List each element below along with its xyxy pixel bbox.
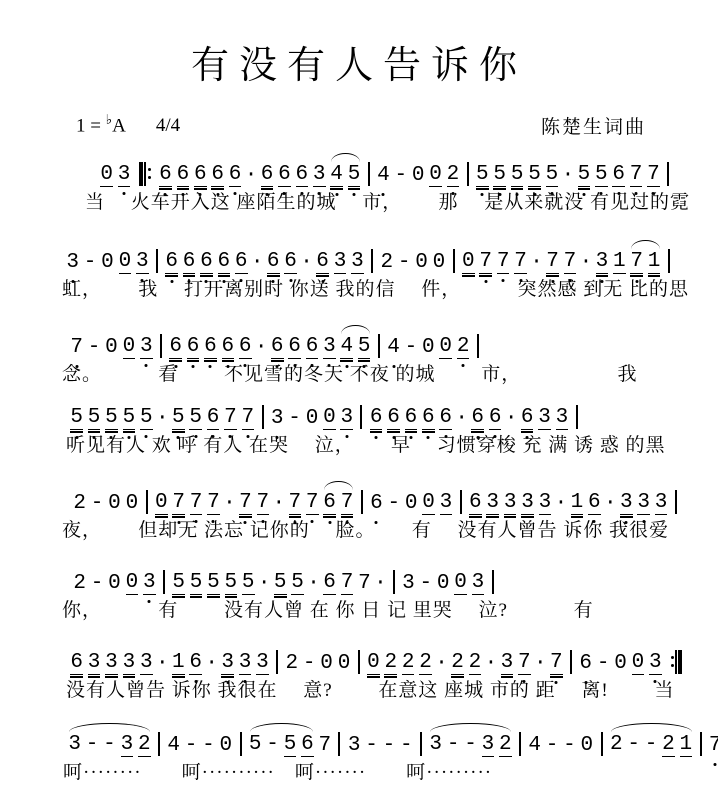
barline (146, 488, 148, 515)
note: 0 (119, 250, 132, 274)
notation-row: 7-00366666·6663454-002 (68, 332, 638, 359)
augmentation-dot: · (205, 652, 218, 675)
slur-tie: 67 (321, 491, 356, 515)
note: 5 (578, 163, 591, 187)
note: 7 (647, 163, 660, 187)
augmentation-dot: · (245, 164, 258, 187)
note: 3 (440, 491, 453, 515)
lyrics-row: 你， 有 没有人曾 在 你 日 记 里哭 泣? 有 (62, 600, 594, 621)
barline (262, 403, 264, 430)
note: 3 (239, 651, 252, 675)
note: 6 (306, 335, 319, 359)
barline (576, 403, 578, 430)
note: 2 (380, 251, 393, 274)
note: 6 (296, 163, 309, 187)
dash-extension: - (91, 572, 104, 595)
note: 6 (70, 651, 83, 675)
note: 2 (499, 733, 512, 757)
augmentation-dot: · (156, 407, 169, 430)
note: 3 (88, 651, 101, 675)
system-7: 63333·16·3332-000222·22·37·76-003没有人曾告 诉… (68, 648, 688, 702)
note: 6 (288, 335, 301, 359)
barline (276, 648, 278, 675)
note: 6 (405, 406, 418, 430)
dash-extension: - (464, 733, 477, 757)
sheet-music-page: 有没有人告诉你 1 = ♭A4/4 陈楚生词曲 0366666·6663454-… (0, 0, 718, 802)
note: 2 (286, 652, 299, 675)
dash-extension: - (365, 734, 378, 757)
note: 7 (341, 571, 354, 595)
note: 3 (486, 491, 499, 515)
note: 3 (429, 733, 442, 757)
note: 0 (433, 251, 446, 274)
note: 5 (225, 571, 238, 595)
note: 3 (556, 406, 569, 430)
note: 2 (419, 651, 432, 675)
barline (570, 648, 572, 675)
note: 0 (415, 251, 428, 274)
barline (338, 730, 340, 757)
note: 6 (218, 250, 231, 274)
notation-row: 3-00366666·66·6332-000777·77·3171 (64, 247, 689, 274)
note: 0 (614, 652, 627, 675)
note: 7 (564, 250, 577, 274)
dash-extension: - (419, 572, 432, 595)
dash-extension: - (627, 733, 640, 757)
note: 7 (341, 491, 354, 515)
lyrics-row: 听见有人 欢 呼 有人 在哭 泣， 早 习惯穿梭 充 满 诱 惑 的黑 (66, 435, 666, 456)
note: 5 (358, 335, 371, 359)
note: 6 (387, 406, 400, 430)
slur-tie: 71 (628, 250, 663, 274)
barline (371, 247, 373, 274)
note: 2 (662, 733, 675, 757)
notation-row: 63333·16·3332-000222·22·37·76-003 (68, 648, 688, 675)
note: 3 (68, 733, 81, 757)
barline (477, 332, 479, 359)
system-2: 3-00366666·66·6332-000777·77·3171虹， 我 打开… (64, 247, 689, 301)
note: 7 (190, 491, 203, 515)
key-note: A (112, 115, 126, 136)
note: 5 (546, 163, 559, 187)
key-time-signature: 1 = ♭A4/4 (76, 112, 180, 139)
barline (675, 488, 677, 515)
note: 0 (220, 734, 233, 757)
note: 1 (613, 250, 626, 274)
system-6: 2-00355555·55·677·3-003你， 有 没有人曾 在 你 日 记… (71, 568, 594, 622)
note: 5 (140, 406, 153, 430)
dash-extension: - (84, 251, 97, 274)
note: 2 (138, 733, 151, 757)
note: 0 (155, 491, 168, 515)
barline (156, 247, 158, 274)
note: 7 (289, 491, 302, 515)
note: 2 (469, 651, 482, 675)
barline (700, 730, 702, 757)
barline (601, 730, 603, 757)
note: 3 (655, 491, 668, 515)
barline (361, 488, 363, 515)
note: 6 (323, 491, 336, 515)
note: 6 (469, 491, 482, 515)
note: 4 (340, 335, 353, 359)
note: 7 (518, 651, 531, 675)
note: 5 (172, 571, 185, 595)
note: 6 (204, 335, 217, 359)
note: 2 (610, 733, 623, 757)
augmentation-dot: · (255, 336, 268, 359)
note: 3 (539, 491, 552, 515)
note: 3 (501, 651, 514, 675)
note: 6 (316, 250, 329, 274)
note: 0 (108, 572, 121, 595)
system-5: 2-000777·77·77676-00363333·16·333夜， 但却无 … (71, 488, 682, 542)
note: 3 (482, 733, 495, 757)
dash-extension: - (394, 164, 407, 187)
note: 7 (70, 336, 83, 359)
note: 0 (454, 571, 467, 595)
note: 0 (422, 491, 435, 515)
note: 6 (267, 250, 280, 274)
note: 5 (249, 733, 262, 757)
note: 6 (301, 733, 314, 757)
note: 6 (323, 571, 336, 595)
dash-extension: - (103, 733, 116, 757)
barline (667, 160, 669, 187)
note: 0 (306, 407, 319, 430)
note: 7 (546, 250, 559, 274)
note: 3 (637, 491, 650, 515)
note: 3 (136, 250, 149, 274)
note: 5 (274, 571, 287, 595)
note: 3 (271, 407, 284, 430)
note: 5 (123, 406, 136, 430)
augmentation-dot: · (251, 251, 264, 274)
slur-tie: 45 (328, 163, 363, 187)
lyrics-row: 呵········ 呵·········· 呵······· 呵········… (63, 762, 492, 783)
note: 7 (709, 734, 718, 757)
dash-extension: - (288, 407, 301, 430)
barline (240, 730, 242, 757)
note: 3 (472, 571, 485, 595)
note: 3 (256, 651, 269, 675)
note: 7 (172, 491, 185, 515)
note: 1 (648, 250, 661, 274)
augmentation-dot: · (604, 492, 617, 515)
note: 6 (165, 250, 178, 274)
note: 3 (334, 250, 347, 274)
dash-extension: - (387, 492, 400, 515)
note: 7 (479, 250, 492, 274)
note: 4 (167, 734, 180, 757)
barline (358, 648, 360, 675)
note: 6 (284, 250, 297, 274)
note: 7 (306, 491, 319, 515)
note: 3 (123, 651, 136, 675)
augmentation-dot: · (300, 251, 313, 274)
note: 7 (318, 734, 331, 757)
note: 6 (471, 406, 484, 430)
barline (158, 730, 160, 757)
lyrics-row: 念。 看 不见雪的冬天 不夜 的城 市， 我 (62, 364, 638, 385)
note: 0 (105, 336, 118, 359)
augmentation-dot: · (435, 652, 448, 675)
note: 6 (489, 406, 502, 430)
augmentation-dot: · (374, 572, 387, 595)
repeat-begin-barline (138, 160, 152, 187)
note: 6 (177, 163, 190, 187)
note: 6 (189, 651, 202, 675)
note: 5 (105, 406, 118, 430)
note: 0 (126, 571, 139, 595)
note: 7 (239, 491, 252, 515)
barline (360, 403, 362, 430)
note: 3 (323, 335, 336, 359)
barline (467, 160, 469, 187)
note: 3 (66, 251, 79, 274)
note: 6 (200, 250, 213, 274)
note: 6 (239, 335, 252, 359)
augmentation-dot: · (555, 492, 568, 515)
barline (160, 332, 162, 359)
note: 6 (278, 163, 291, 187)
note: 7 (242, 406, 255, 430)
dash-extension: - (303, 652, 316, 675)
note: 7 (207, 491, 220, 515)
dash-extension: - (86, 733, 99, 757)
note: 6 (211, 163, 224, 187)
note: 6 (521, 406, 534, 430)
note: 6 (229, 163, 242, 187)
note: 2 (457, 335, 470, 359)
note: 6 (183, 250, 196, 274)
note: 5 (242, 571, 255, 595)
note: 3 (596, 250, 609, 274)
augmentation-dot: · (562, 164, 575, 187)
note: 0 (100, 163, 113, 187)
note: 3 (143, 571, 156, 595)
note: 7 (630, 163, 643, 187)
note: 0 (437, 572, 450, 595)
note: 6 (235, 250, 248, 274)
note: 3 (221, 651, 234, 675)
note: 5 (189, 406, 202, 430)
note: 0 (320, 652, 333, 675)
note: 0 (439, 335, 452, 359)
note: 3 (118, 163, 131, 187)
note: 1 (680, 733, 693, 757)
note: 0 (108, 492, 121, 515)
note: 3 (402, 572, 415, 595)
augmentation-dot: · (307, 572, 320, 595)
note: 5 (70, 406, 83, 430)
dash-extension: - (400, 734, 413, 757)
slur-tie: 45 (338, 335, 373, 359)
barline (163, 568, 165, 595)
barline (519, 730, 521, 757)
note: 2 (451, 651, 464, 675)
note: 0 (101, 251, 114, 274)
note: 7 (358, 572, 371, 595)
note: 6 (194, 163, 207, 187)
barline (492, 568, 494, 595)
lyrics-row: 当 火车开入这 座陌生的城 市， 那 是从来就没 有见过的霓 (85, 192, 690, 213)
augmentation-dot: · (156, 652, 169, 675)
barline (453, 247, 455, 274)
note: 2 (402, 651, 415, 675)
note: 6 (169, 335, 182, 359)
note: 3 (140, 651, 153, 675)
note: 3 (348, 734, 361, 757)
note: 3 (105, 651, 118, 675)
note: 6 (261, 163, 274, 187)
dash-extension: - (88, 336, 101, 359)
note: 4 (377, 164, 390, 187)
note: 3 (504, 491, 517, 515)
note: 7 (550, 651, 563, 675)
augmentation-dot: · (455, 407, 468, 430)
note: 5 (291, 571, 304, 595)
note: 3 (538, 406, 551, 430)
composer-credit: 陈楚生词曲 (541, 112, 646, 139)
note: 5 (207, 571, 220, 595)
key-prefix: 1 = (76, 115, 106, 136)
note: 5 (595, 163, 608, 187)
note: 5 (511, 163, 524, 187)
dash-extension: - (398, 251, 411, 274)
note: 0 (367, 651, 380, 675)
dash-extension: - (645, 733, 658, 757)
augmentation-dot: · (534, 652, 547, 675)
note: 6 (271, 335, 284, 359)
note: 7 (224, 406, 237, 430)
notation-row: 0366666·6663454-00255555·55677 (98, 160, 690, 187)
augmentation-dot: · (273, 492, 286, 515)
augmentation-dot: · (485, 652, 498, 675)
note: 2 (447, 163, 460, 187)
note: 5 (284, 733, 297, 757)
note: 6 (422, 406, 435, 430)
note: 5 (190, 571, 203, 595)
note: 3 (340, 406, 353, 430)
dash-extension: - (383, 734, 396, 757)
note: 5 (88, 406, 101, 430)
note: 3 (313, 163, 326, 187)
notation-row: 2-00355555·55·677·3-003 (71, 568, 594, 595)
augmentation-dot: · (223, 492, 236, 515)
time-signature: 4/4 (156, 115, 180, 136)
dash-extension: - (202, 734, 215, 757)
note: 5 (348, 163, 361, 187)
note: 7 (630, 250, 643, 274)
dash-extension: - (563, 734, 576, 757)
system-4: 55555·556773-00366666·66·633听见有人 欢 呼 有人 … (68, 403, 666, 457)
note: 0 (632, 651, 645, 675)
note: 4 (387, 336, 400, 359)
notation-row: 2-000777·77·77676-00363333·16·333 (71, 488, 682, 515)
note: 6 (187, 335, 200, 359)
note: 0 (581, 734, 594, 757)
note: 2 (73, 572, 86, 595)
dash-extension: - (546, 734, 559, 757)
dash-extension: - (597, 652, 610, 675)
lyrics-row: 虹， 我 打开离别时 你送 我的信 件， 突然感 到无 比的思 (62, 279, 689, 300)
note: 7 (514, 250, 527, 274)
note: 2 (384, 651, 397, 675)
augmentation-dot: · (505, 407, 518, 430)
augmentation-dot: · (258, 572, 271, 595)
note: 6 (370, 492, 383, 515)
note: 6 (588, 491, 601, 515)
dash-extension: - (185, 734, 198, 757)
note: 0 (405, 492, 418, 515)
song-title: 有没有人告诉你 (0, 34, 718, 89)
barline (460, 488, 462, 515)
dash-extension: - (447, 733, 460, 757)
note: 0 (429, 163, 442, 187)
note: 1 (571, 491, 584, 515)
augmentation-dot: · (530, 251, 543, 274)
notation-row: 3--324--05-5673---3--324--02--217--- (66, 730, 718, 757)
note: 0 (123, 335, 136, 359)
slur-tie: 3--32 (427, 733, 514, 757)
note: 1 (172, 651, 185, 675)
lyrics-row: 没有人曾告 诉你 我很在 意? 在意这 座城 市的 距 离! 当 (66, 680, 675, 701)
note: 5 (493, 163, 506, 187)
note: 3 (649, 651, 662, 675)
notation-row: 55555·556773-00366666·66·633 (68, 403, 666, 430)
note: 4 (330, 163, 343, 187)
note: 3 (140, 335, 153, 359)
barline (368, 160, 370, 187)
barline (668, 247, 670, 274)
dash-extension: - (405, 336, 418, 359)
note: 2 (73, 492, 86, 515)
augmentation-dot: · (580, 251, 593, 274)
meta-row: 1 = ♭A4/4 陈楚生词曲 (76, 112, 646, 139)
note: 3 (521, 491, 534, 515)
note: 6 (612, 163, 625, 187)
note: 0 (462, 250, 475, 274)
note: 4 (528, 734, 541, 757)
barline (378, 332, 380, 359)
note: 0 (338, 652, 351, 675)
note: 0 (422, 336, 435, 359)
note: 5 (476, 163, 489, 187)
barline (420, 730, 422, 757)
dash-extension: - (91, 492, 104, 515)
note: 3 (121, 733, 134, 757)
note: 6 (159, 163, 172, 187)
system-8: 3--324--05-5673---3--324--02--217---呵···… (66, 730, 718, 784)
note: 7 (497, 250, 510, 274)
note: 6 (207, 406, 220, 430)
barline (393, 568, 395, 595)
note: 6 (370, 406, 383, 430)
note: 3 (620, 491, 633, 515)
repeat-end-barline (669, 648, 683, 675)
slur-tie: 5-56 (247, 733, 317, 757)
note: 6 (579, 652, 592, 675)
note: 6 (439, 406, 452, 430)
note: 3 (351, 250, 364, 274)
note: 0 (126, 492, 139, 515)
note: 5 (528, 163, 541, 187)
note: 7 (257, 491, 270, 515)
system-1: 0366666·6663454-00255555·55677当 火车开入这 座陌… (98, 160, 690, 214)
lyrics-row: 夜， 但却无 法忘 记你的 脸。 有 没有人曾告 诉你 我很爱 (62, 520, 669, 541)
note: 6 (222, 335, 235, 359)
